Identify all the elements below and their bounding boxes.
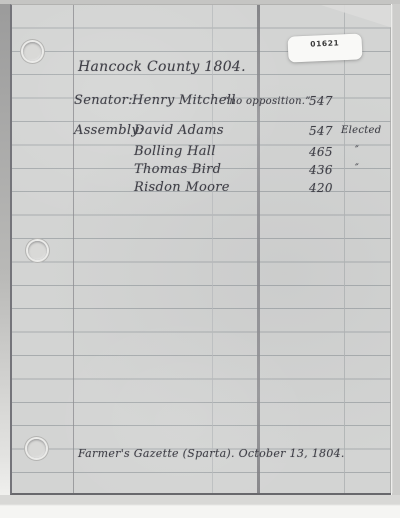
hole-punch-middle [28,241,47,260]
senator-votes: 547 [309,94,333,108]
fold-crease [257,5,260,493]
senator-office-label: Senator: [74,93,133,108]
senator-note: “no opposition.” [224,96,311,107]
candidate-name: David Adams [134,123,224,138]
scan-background-left [0,0,10,497]
candidate-name: Bolling Hall [134,144,216,159]
archive-label-number: 01621 [288,37,362,49]
candidate-votes: 547 [309,124,333,138]
corner-highlight [313,5,391,33]
column-line-middle [212,5,213,493]
candidate-votes: 465 [309,145,333,159]
hole-punch-top [23,42,42,61]
candidate-votes: 436 [309,163,333,177]
candidate-status-ditto: ″ [355,163,359,174]
senator-name: Henry Mitchell [132,93,236,108]
column-line-right [344,5,345,493]
page-right-edge-highlight [391,5,393,493]
scan-background-bottom [0,495,400,518]
candidate-status-ditto: ″ [355,145,359,156]
candidate-name: Thomas Bird [134,162,221,177]
source-citation: Farmer's Gazette (Sparta). October 13, 1… [78,447,345,460]
county-heading: Hancock County 1804. [78,59,246,75]
notebook-page: 01621 Hancock County 1804. Senator: Henr… [10,4,391,495]
candidate-votes: 420 [309,181,333,195]
candidate-name: Risdon Moore [134,180,230,195]
hole-punch-bottom [27,439,46,458]
scan-background-right [392,0,400,497]
candidate-status: Elected [341,125,381,136]
margin-line [73,5,74,493]
archive-label: 01621 [287,33,362,62]
